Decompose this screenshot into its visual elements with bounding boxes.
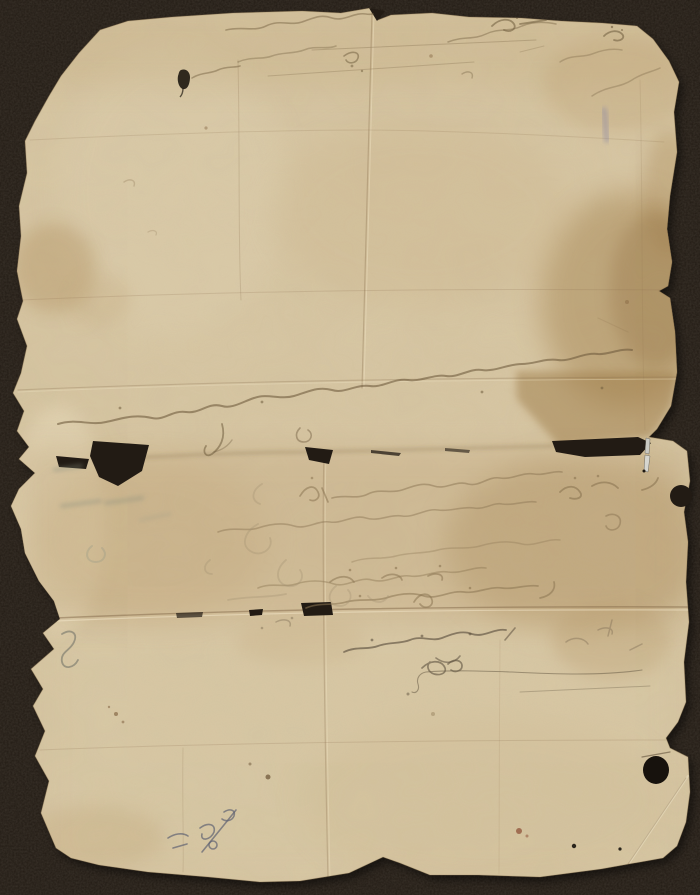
paper-sheet <box>0 0 700 895</box>
manuscript-photo <box>0 0 700 895</box>
fold-slit <box>249 609 263 616</box>
photo-frame <box>0 0 700 895</box>
purple-smudge <box>604 110 607 140</box>
bottom-right-hole <box>643 756 669 784</box>
right-edge-punched-hole <box>670 485 692 507</box>
